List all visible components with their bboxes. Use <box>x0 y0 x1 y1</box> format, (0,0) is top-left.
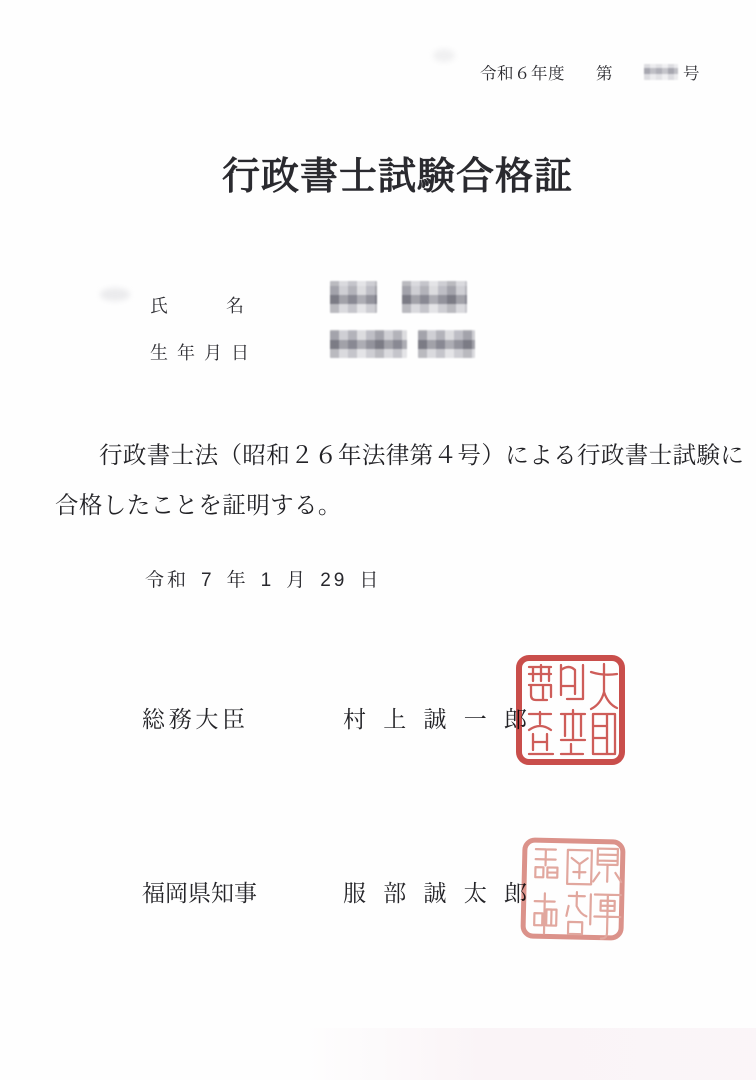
statement-line-1: 行政書士法（昭和２６年法律第４号）による行政書士試験に <box>55 430 755 480</box>
number-suffix-label: 号 <box>683 60 700 84</box>
name-value-redacted <box>330 281 377 313</box>
scan-artifact <box>433 49 455 62</box>
fiscal-year-label: 令和６年度 <box>480 60 565 84</box>
scan-artifact <box>100 288 130 301</box>
name-field-label: 氏名 <box>150 292 244 318</box>
governor-name: 服部誠太郎 <box>343 875 527 908</box>
minister-name: 村上誠一郎 <box>343 701 527 734</box>
number-prefix-label: 第 <box>596 60 613 84</box>
birthdate-field-label: 生年月日 <box>150 339 249 365</box>
certificate-title: 行政書士試験合格証 <box>222 145 573 200</box>
header-number-line: 令和６年度 第 号 <box>480 60 700 84</box>
birthdate-value-redacted <box>330 330 407 358</box>
statement-line-2: 合格したことを証明する。 <box>55 480 755 530</box>
birthdate-value-redacted <box>418 330 475 358</box>
governor-seal-stamp-icon <box>518 835 628 943</box>
issue-date: 令和 7 年 1 月 29 日 <box>145 565 381 592</box>
certification-statement: 行政書士法（昭和２６年法律第４号）による行政書士試験に 合格したことを証明する。 <box>55 430 755 530</box>
name-value-redacted <box>402 281 467 313</box>
certificate-number-redacted <box>644 64 678 80</box>
minister-title: 総務大臣 <box>142 701 245 734</box>
certificate-page: 令和６年度 第 号 行政書士試験合格証 氏名 生年月日 行政書士法（昭和２６年法… <box>0 0 756 1080</box>
minister-seal-stamp-icon <box>513 652 628 768</box>
governor-title: 福岡県知事 <box>142 875 253 908</box>
